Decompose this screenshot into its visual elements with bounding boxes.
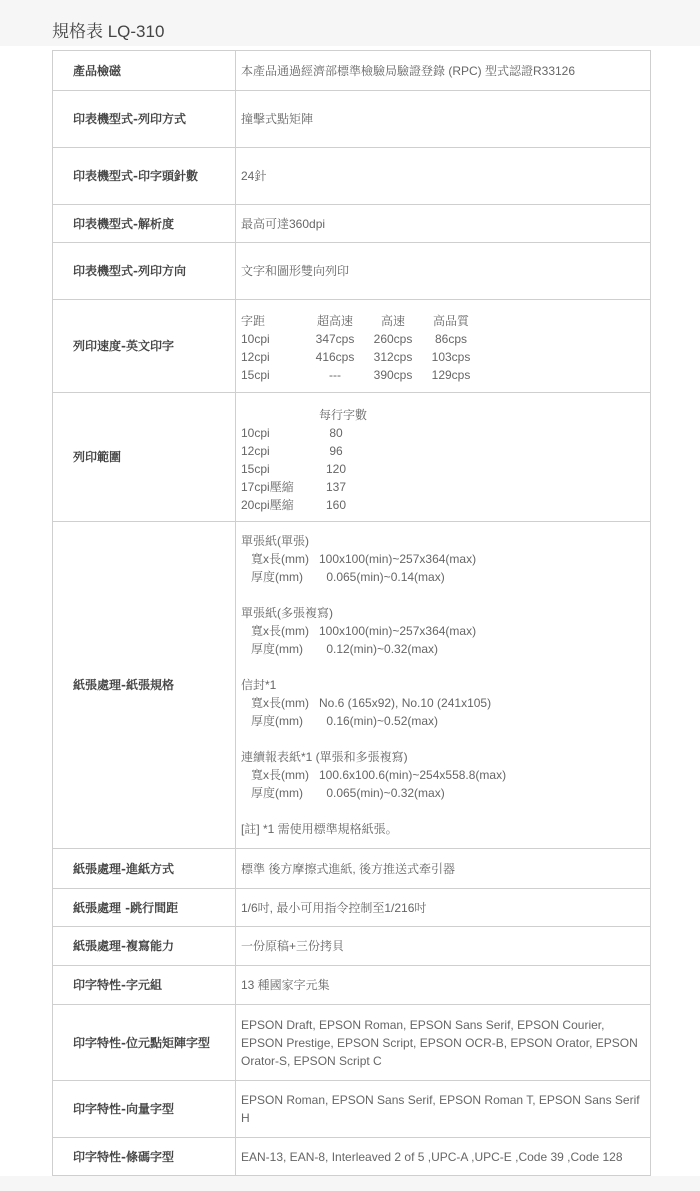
range-cell: 15cpi bbox=[241, 460, 311, 478]
spec-label: 印表機型式-列印方式 bbox=[53, 91, 236, 148]
spec-row: 紙張處理 -跳行間距1/6吋, 最小可用指令控制至1/216吋 bbox=[53, 889, 651, 927]
spec-label: 紙張處理-進紙方式 bbox=[53, 849, 236, 889]
spec-value: 13 種國家字元集 bbox=[236, 966, 651, 1005]
spec-value: 本產品通過經濟部標準檢驗局驗證登錄 (RPC) 型式認證R33126 bbox=[236, 51, 651, 91]
spec-row: 印表機型式-印字頭針數24針 bbox=[53, 148, 651, 205]
spec-value: EAN-13, EAN-8, Interleaved 2 of 5 ,UPC-A… bbox=[236, 1138, 651, 1176]
spec-label: 紙張處理-複寫能力 bbox=[53, 927, 236, 966]
spec-label: 印字特性-向量字型 bbox=[53, 1081, 236, 1138]
spec-value: EPSON Draft, EPSON Roman, EPSON Sans Ser… bbox=[236, 1005, 651, 1081]
range-cell: 96 bbox=[311, 442, 361, 460]
spec-row: 列印速度-英文印字字距超高速高速高品質10cpi347cps260cps86cp… bbox=[53, 300, 651, 393]
spec-label: 印表機型式-解析度 bbox=[53, 205, 236, 243]
spec-label: 印字特性-字元組 bbox=[53, 966, 236, 1005]
range-cell: 160 bbox=[311, 496, 361, 514]
speed-cell: 高速 bbox=[365, 312, 421, 330]
range-table: 每行字數10cpi8012cpi9615cpi12017cpi壓縮13720cp… bbox=[241, 400, 645, 514]
speed-cell: 12cpi bbox=[241, 348, 305, 366]
spec-value: 字距超高速高速高品質10cpi347cps260cps86cps12cpi416… bbox=[236, 300, 651, 393]
range-cell: 12cpi bbox=[241, 442, 311, 460]
range-cell: 17cpi壓縮 bbox=[241, 478, 311, 496]
spec-row: 印表機型式-列印方向文字和圖形雙向列印 bbox=[53, 243, 651, 300]
range-cell: 137 bbox=[311, 478, 361, 496]
range-header: 每行字數 bbox=[319, 406, 361, 424]
speed-cell: 390cps bbox=[365, 366, 421, 384]
spec-label: 產品檢磁 bbox=[53, 51, 236, 91]
spec-label: 紙張處理 -跳行間距 bbox=[53, 889, 236, 927]
spec-row: 印字特性-條碼字型EAN-13, EAN-8, Interleaved 2 of… bbox=[53, 1138, 651, 1176]
footer-band bbox=[0, 1176, 700, 1191]
spec-table: 產品檢磁本產品通過經濟部標準檢驗局驗證登錄 (RPC) 型式認證R33126印表… bbox=[52, 50, 651, 1176]
spec-label: 印字特性-條碼字型 bbox=[53, 1138, 236, 1176]
spec-value: 24針 bbox=[236, 148, 651, 205]
spec-row: 印字特性-向量字型EPSON Roman, EPSON Sans Serif, … bbox=[53, 1081, 651, 1138]
spec-value: 文字和圖形雙向列印 bbox=[236, 243, 651, 300]
range-cell: 80 bbox=[311, 424, 361, 442]
speed-cell: 260cps bbox=[365, 330, 421, 348]
spec-row: 產品檢磁本產品通過經濟部標準檢驗局驗證登錄 (RPC) 型式認證R33126 bbox=[53, 51, 651, 91]
spec-row: 紙張處理-複寫能力一份原稿+三份拷貝 bbox=[53, 927, 651, 966]
range-cell: 20cpi壓縮 bbox=[241, 496, 311, 514]
spec-value: 標準 後方摩擦式進紙, 後方推送式牽引器 bbox=[236, 849, 651, 889]
spec-value: EPSON Roman, EPSON Sans Serif, EPSON Rom… bbox=[236, 1081, 651, 1138]
spec-label: 印字特性-位元點矩陣字型 bbox=[53, 1005, 236, 1081]
speed-cell: 416cps bbox=[305, 348, 365, 366]
spec-value: 單張紙(單張) 寬x長(mm) 100x100(min)~257x364(max… bbox=[236, 522, 651, 849]
paper-spec-text: 單張紙(單張) 寬x長(mm) 100x100(min)~257x364(max… bbox=[241, 532, 645, 838]
range-cell: 10cpi bbox=[241, 424, 311, 442]
spec-row: 印表機型式-列印方式撞擊式點矩陣 bbox=[53, 91, 651, 148]
speed-cell: 10cpi bbox=[241, 330, 305, 348]
speed-cell: 86cps bbox=[421, 330, 481, 348]
spec-row: 印表機型式-解析度最高可達360dpi bbox=[53, 205, 651, 243]
speed-cell: 103cps bbox=[421, 348, 481, 366]
spec-value: 1/6吋, 最小可用指令控制至1/216吋 bbox=[236, 889, 651, 927]
spec-value: 最高可達360dpi bbox=[236, 205, 651, 243]
speed-cell: 超高速 bbox=[305, 312, 365, 330]
spec-row: 印字特性-位元點矩陣字型EPSON Draft, EPSON Roman, EP… bbox=[53, 1005, 651, 1081]
spec-value: 每行字數10cpi8012cpi9615cpi12017cpi壓縮13720cp… bbox=[236, 393, 651, 522]
speed-cell: 347cps bbox=[305, 330, 365, 348]
spec-label: 列印速度-英文印字 bbox=[53, 300, 236, 393]
spec-label: 列印範圍 bbox=[53, 393, 236, 522]
spec-label: 印表機型式-印字頭針數 bbox=[53, 148, 236, 205]
spec-row: 印字特性-字元組13 種國家字元集 bbox=[53, 966, 651, 1005]
range-cell: 120 bbox=[311, 460, 361, 478]
page-title: 規格表 LQ-310 bbox=[52, 17, 164, 42]
spec-row: 紙張處理-進紙方式標準 後方摩擦式進紙, 後方推送式牽引器 bbox=[53, 849, 651, 889]
spec-label: 印表機型式-列印方向 bbox=[53, 243, 236, 300]
spec-value: 撞擊式點矩陣 bbox=[236, 91, 651, 148]
spec-row: 紙張處理-紙張規格單張紙(單張) 寬x長(mm) 100x100(min)~25… bbox=[53, 522, 651, 849]
speed-cell: 15cpi bbox=[241, 366, 305, 384]
speed-cell: 129cps bbox=[421, 366, 481, 384]
speed-cell: 高品質 bbox=[421, 312, 481, 330]
spec-value: 一份原稿+三份拷貝 bbox=[236, 927, 651, 966]
speed-cell: 312cps bbox=[365, 348, 421, 366]
spec-label: 紙張處理-紙張規格 bbox=[53, 522, 236, 849]
speed-table: 字距超高速高速高品質10cpi347cps260cps86cps12cpi416… bbox=[241, 309, 645, 384]
spec-row: 列印範圍每行字數10cpi8012cpi9615cpi12017cpi壓縮137… bbox=[53, 393, 651, 522]
speed-cell: 字距 bbox=[241, 312, 305, 330]
speed-cell: --- bbox=[305, 366, 365, 384]
